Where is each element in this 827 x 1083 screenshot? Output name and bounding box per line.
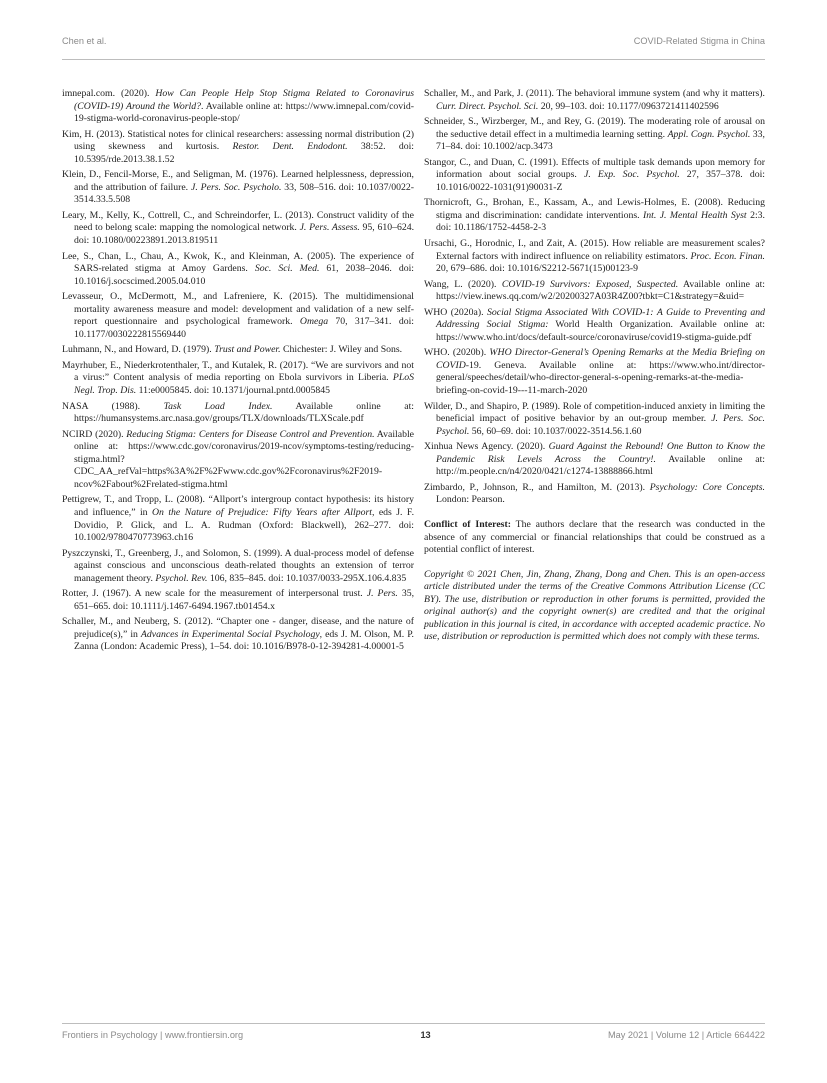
- reference-source: Proc. Econ. Finan.: [690, 251, 765, 262]
- reference-entry: Wang, L. (2020). COVID-19 Survivors: Exp…: [424, 279, 765, 304]
- reference-details: 20, 99–103. doi: 10.1177/096372141140259…: [538, 101, 718, 112]
- reference-text: Luhmann, N., and Howard, D. (1979).: [62, 344, 214, 355]
- reference-entry: Mayrhuber, E., Niederkrotenthaler, T., a…: [62, 360, 414, 398]
- header-divider: [62, 59, 765, 60]
- reference-source: Advances in Experimental Social Psycholo…: [141, 629, 320, 640]
- references-right-column: Schaller, M., and Park, J. (2011). The b…: [424, 88, 765, 654]
- reference-entry: Lee, S., Chan, L., Chau, A., Kwok, K., a…: [62, 251, 414, 289]
- reference-entry: WHO. (2020b). WHO Director-General’s Ope…: [424, 347, 765, 397]
- conflict-of-interest: Conflict of Interest: The authors declar…: [424, 519, 765, 557]
- reference-text: Zimbardo, P., Johnson, R., and Hamilton,…: [424, 482, 650, 493]
- reference-details: London: Pearson.: [436, 494, 505, 505]
- reference-source: Omega: [300, 316, 328, 327]
- reference-source: J. Pers. Soc. Psycholo.: [191, 182, 281, 193]
- reference-entry: Klein, D., Fencil-Morse, E., and Seligma…: [62, 169, 414, 207]
- running-header-title: COVID-Related Stigma in China: [634, 36, 765, 46]
- running-header-authors: Chen et al.: [62, 36, 106, 46]
- reference-source: Trust and Power.: [214, 344, 280, 355]
- reference-entry: Thornicroft, G., Brohan, E., Kassam, A.,…: [424, 197, 765, 235]
- reference-text: imnepal.com. (2020).: [62, 88, 155, 99]
- reference-source: Appl. Cogn. Psychol.: [668, 129, 751, 140]
- reference-entry: NASA (1988). Task Load Index. Available …: [62, 401, 414, 426]
- reference-text: NCIRD (2020).: [62, 429, 126, 440]
- reference-text: Mayrhuber, E., Niederkrotenthaler, T., a…: [62, 360, 414, 384]
- reference-text: Wang, L. (2020).: [424, 279, 502, 290]
- reference-details: 11:e0005845. doi: 10.1371/journal.pntd.0…: [136, 385, 330, 396]
- reference-source: Int. J. Mental Health Syst: [643, 210, 747, 221]
- reference-source: J. Pers.: [367, 588, 398, 599]
- page-footer: Frontiers in Psychology | www.frontiersi…: [62, 1030, 765, 1040]
- reference-source: J. Pers. Assess.: [300, 222, 360, 233]
- reference-entry: Pettigrew, T., and Tropp, L. (2008). “Al…: [62, 494, 414, 544]
- reference-entry: Schneider, S., Wirzberger, M., and Rey, …: [424, 116, 765, 154]
- reference-entry: Schaller, M., and Park, J. (2011). The b…: [424, 88, 765, 113]
- reference-details: 56, 60–69. doi: 10.1037/0022-3514.56.1.6…: [469, 426, 641, 437]
- page-number: 13: [420, 1030, 430, 1040]
- reference-text: Xinhua News Agency. (2020).: [424, 441, 549, 452]
- reference-source: Restor. Dent. Endodont.: [232, 141, 347, 152]
- footer-issue: May 2021 | Volume 12 | Article 664422: [608, 1030, 765, 1040]
- footer-divider: [62, 1023, 765, 1024]
- reference-details: 106, 835–845. doi: 10.1037/0033-295X.106…: [207, 573, 406, 584]
- reference-details: -19. Geneva. Available online at: https:…: [436, 360, 765, 396]
- footer-journal: Frontiers in Psychology | www.frontiersi…: [62, 1030, 243, 1040]
- reference-source: Soc. Sci. Med.: [255, 263, 320, 274]
- reference-text: Rotter, J. (1967). A new scale for the m…: [62, 588, 367, 599]
- reference-details: Chichester: J. Wiley and Sons.: [281, 344, 403, 355]
- reference-text: Schaller, M., and Park, J. (2011). The b…: [424, 88, 765, 99]
- reference-entry: Stangor, C., and Duan, C. (1991). Effect…: [424, 157, 765, 195]
- reference-entry: Leary, M., Kelly, K., Cottrell, C., and …: [62, 210, 414, 248]
- reference-entry: Kim, H. (2013). Statistical notes for cl…: [62, 129, 414, 167]
- reference-source: J. Exp. Soc. Psychol.: [584, 169, 680, 180]
- reference-source: Task Load Index.: [164, 401, 273, 412]
- copyright-notice: Copyright © 2021 Chen, Jin, Zhang, Zhang…: [424, 569, 765, 644]
- reference-entry: Zimbardo, P., Johnson, R., and Hamilton,…: [424, 482, 765, 507]
- reference-entry: WHO (2020a). Social Stigma Associated Wi…: [424, 307, 765, 345]
- reference-entry: Luhmann, N., and Howard, D. (1979). Trus…: [62, 344, 414, 357]
- reference-entry: NCIRD (2020). Reducing Stigma: Centers f…: [62, 429, 414, 492]
- reference-entry: Levasseur, O., McDermott, M., and Lafren…: [62, 291, 414, 341]
- reference-entry: Pyszczynski, T., Greenberg, J., and Solo…: [62, 548, 414, 586]
- reference-entry: Rotter, J. (1967). A new scale for the m…: [62, 588, 414, 613]
- reference-source: COVID-19 Survivors: Exposed, Suspected.: [502, 279, 678, 290]
- reference-source: Curr. Direct. Psychol. Sci.: [436, 101, 538, 112]
- reference-source: On the Nature of Prejudice: Fifty Years …: [152, 507, 372, 518]
- reference-details: 20, 679–686. doi: 10.1016/S2212-5671(15)…: [436, 263, 638, 274]
- reference-source: Psychology: Core Concepts.: [650, 482, 765, 493]
- reference-entry: imnepal.com. (2020). How Can People Help…: [62, 88, 414, 126]
- running-header: Chen et al. COVID-Related Stigma in Chin…: [62, 36, 765, 46]
- conflict-label: Conflict of Interest:: [424, 519, 511, 530]
- reference-text: WHO. (2020b).: [424, 347, 489, 358]
- reference-source: Reducing Stigma: Centers for Disease Con…: [126, 429, 374, 440]
- reference-text: NASA (1988).: [62, 401, 164, 412]
- references-left-column: imnepal.com. (2020). How Can People Help…: [62, 88, 414, 657]
- reference-entry: Wilder, D., and Shapiro, P. (1989). Role…: [424, 401, 765, 439]
- reference-text: WHO (2020a).: [424, 307, 487, 318]
- reference-entry: Schaller, M., and Neuberg, S. (2012). “C…: [62, 616, 414, 654]
- reference-entry: Xinhua News Agency. (2020). Guard Agains…: [424, 441, 765, 479]
- reference-entry: Ursachi, G., Horodnic, I., and Zait, A. …: [424, 238, 765, 276]
- reference-source: Psychol. Rev.: [155, 573, 207, 584]
